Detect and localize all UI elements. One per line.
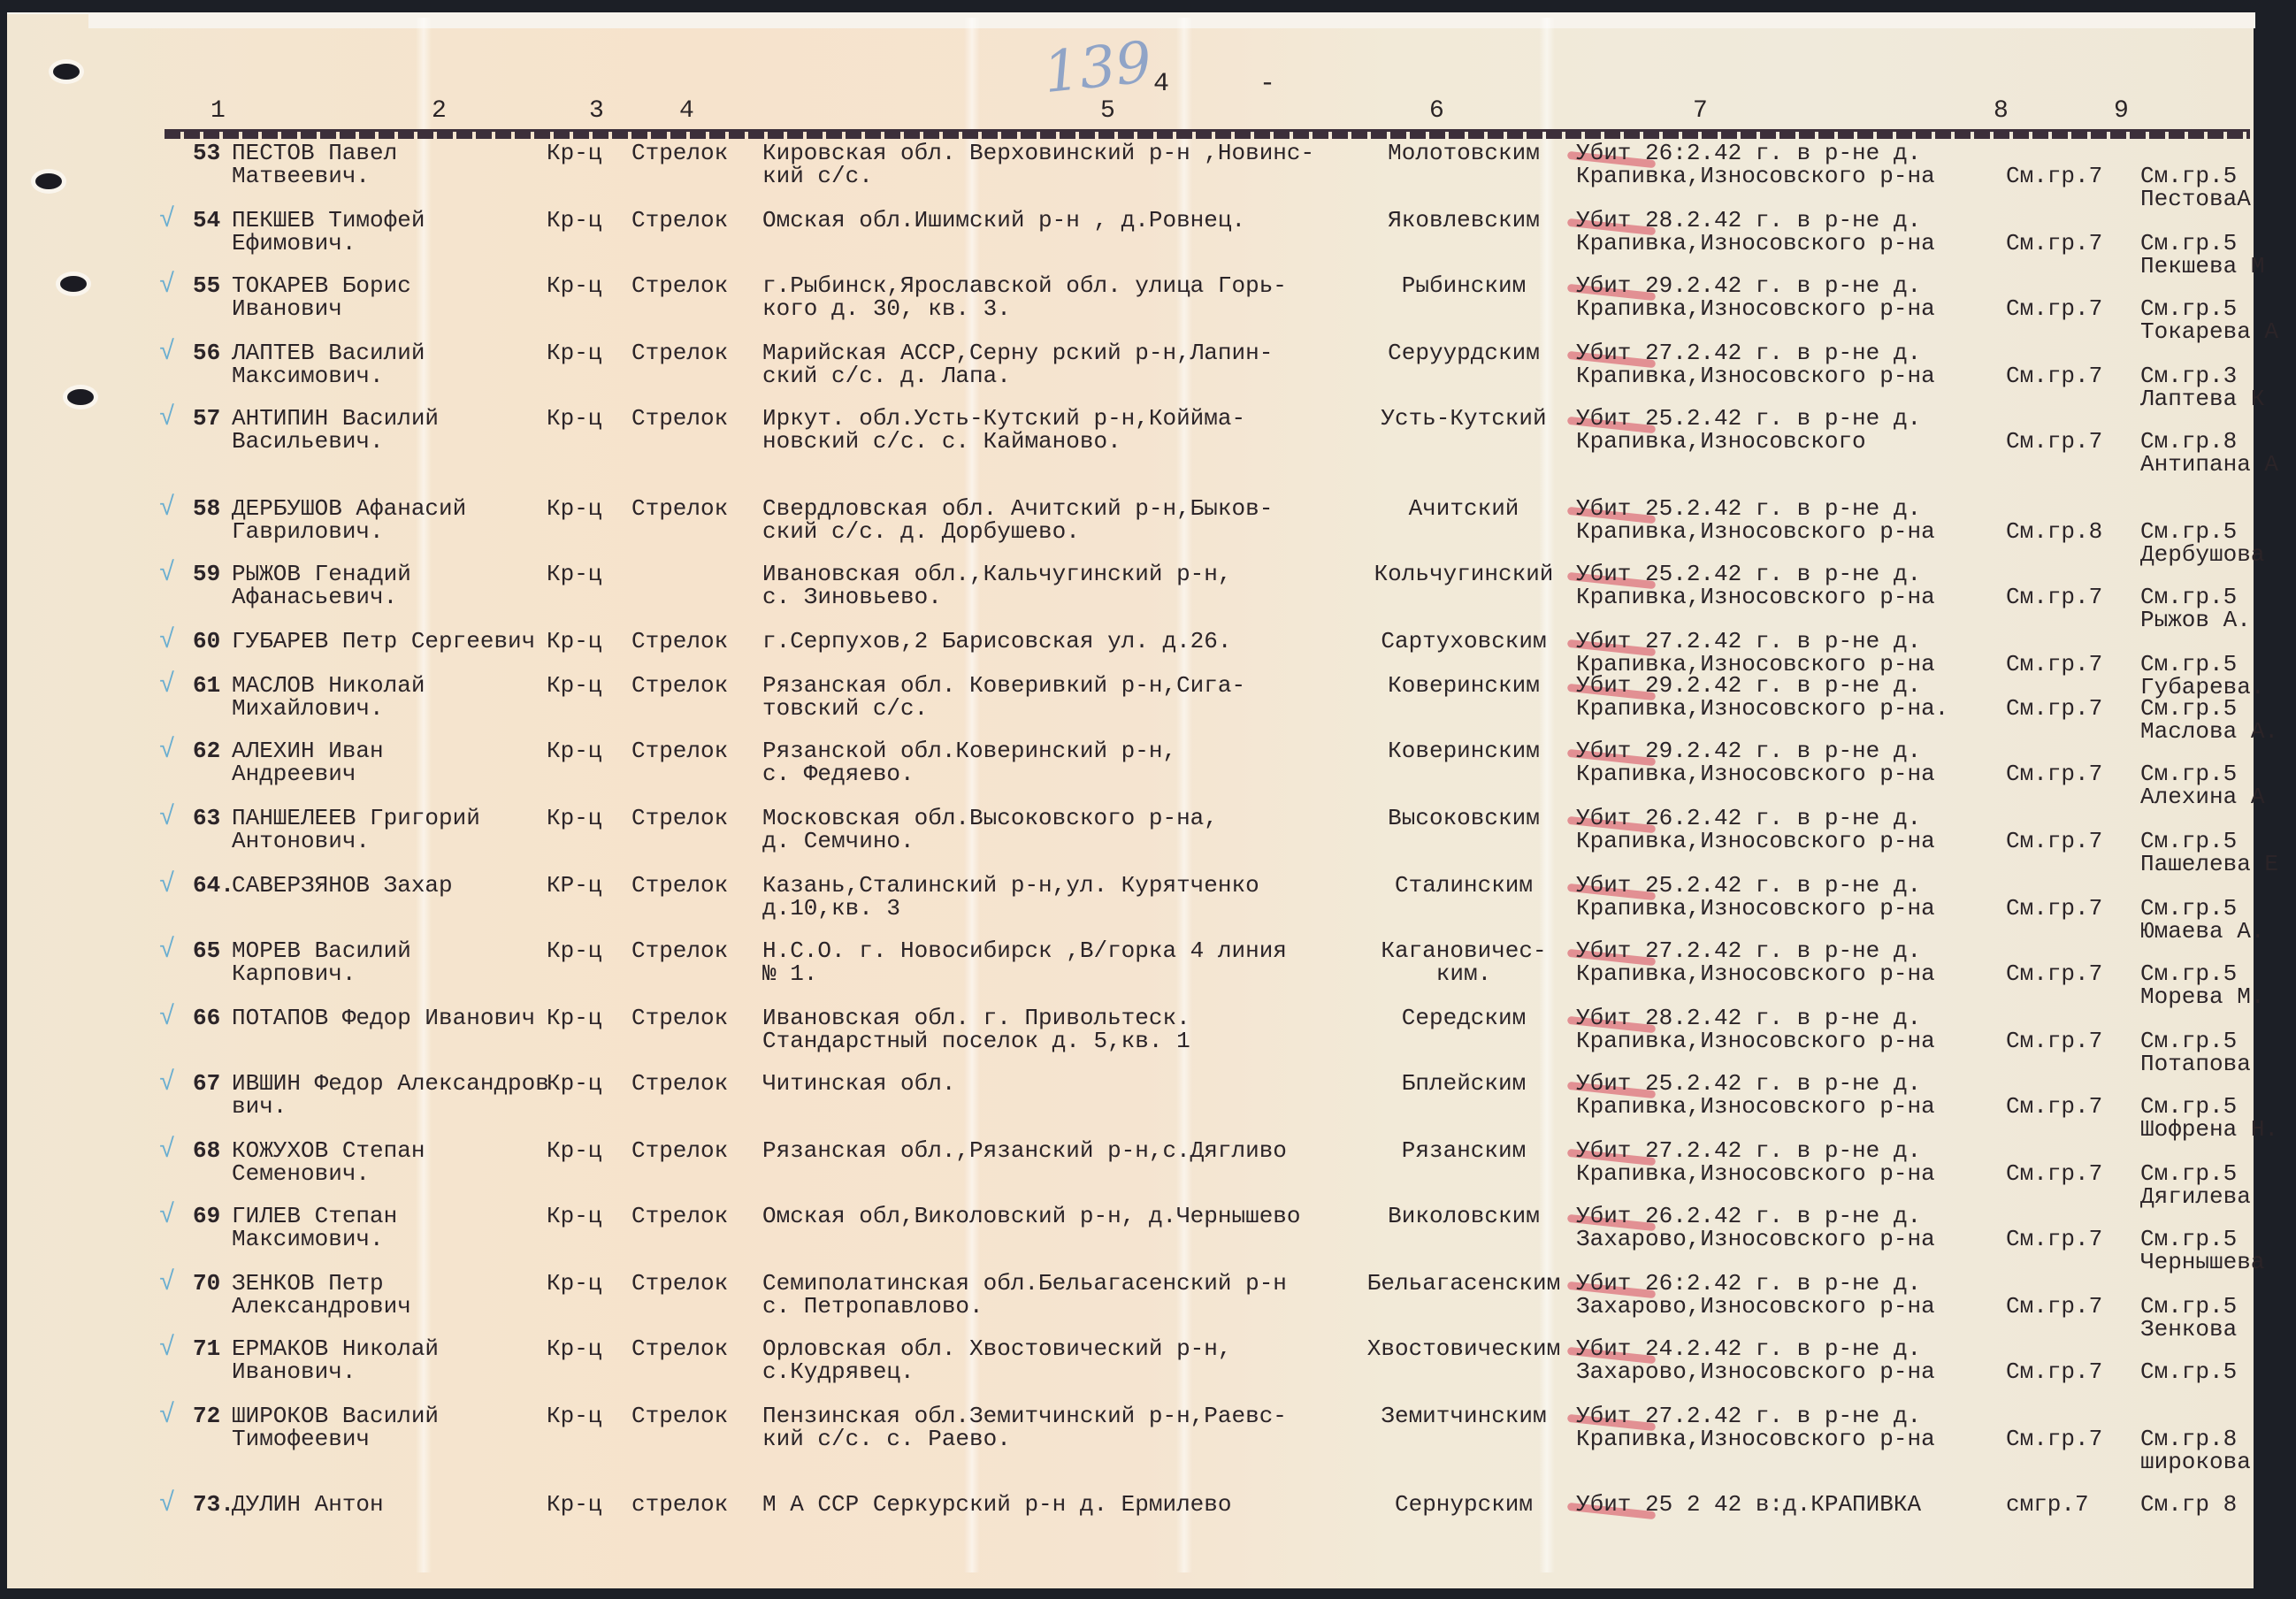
burial-reference-line: Токарева А <box>2140 320 2278 343</box>
fate-description-line: Убит 26.2.42 г. в р-не д. <box>1576 807 1935 830</box>
draft-office-line: Бплейским <box>1362 1072 1565 1095</box>
home-address-line: Ивановская обл. г. Привольтеск. <box>762 1006 1190 1029</box>
burial-reference: См.гр.5Алехина А <box>2140 762 2264 808</box>
soldier-name-line: КОЖУХОВ Степан <box>232 1139 425 1162</box>
soldier-name-line: Семенович. <box>232 1162 425 1185</box>
home-address-line: Марийская АССР,Серну рский р-н,Лапин- <box>762 341 1273 364</box>
soldier-name-line: ИВШИН Федор Александров <box>232 1072 549 1095</box>
draft-office-line: Усть-Кутский <box>1362 407 1565 430</box>
burial-place: См.гр.7 <box>2006 1427 2102 1450</box>
burial-reference-line: Пекшева М <box>2140 255 2264 278</box>
burial-place: См.гр.7 <box>2006 830 2102 853</box>
fate-description: Убит 25 2 42 в:д.КРАПИВКА <box>1576 1493 1921 1516</box>
draft-office: Серуурдским <box>1362 341 1565 364</box>
fate-description-line: Убит 25.2.42 г. в р-не д. <box>1576 497 1935 520</box>
position: Стрелок <box>631 1139 728 1162</box>
draft-office-line: Середским <box>1362 1006 1565 1029</box>
soldier-name-line: САВЕРЗЯНОВ Захар <box>232 874 453 897</box>
draft-office-line: Сернурским <box>1362 1493 1565 1516</box>
home-address: Рязанская обл. Коверивкий р-н,Сига-товск… <box>762 674 1245 720</box>
soldier-name: МАСЛОВ НиколайМихайлович. <box>232 674 425 720</box>
fate-description: Убит 26.2.42 г. в р-не д.Крапивка,Износо… <box>1576 807 1935 853</box>
soldier-name-line: Карпович. <box>232 962 411 985</box>
draft-office-line: Коверинским <box>1362 739 1565 762</box>
position: Стрелок <box>631 341 728 364</box>
check-mark-icon: √ <box>159 562 175 585</box>
burial-reference: См.гр.5Губарева. <box>2140 653 2264 699</box>
position: Стрелок <box>631 1072 728 1095</box>
soldier-name-line: АЛЕХИН Иван <box>232 739 384 762</box>
draft-office: Сернурским <box>1362 1493 1565 1516</box>
draft-office: Коверинским <box>1362 739 1565 762</box>
home-address: Свердловская обл. Ачитский р-н,Быков-ски… <box>762 497 1273 543</box>
position: Стрелок <box>631 1404 728 1427</box>
burial-reference-line: См.гр.5 <box>2140 585 2251 608</box>
soldier-name-line: ГИЛЕВ Степан <box>232 1205 397 1228</box>
rank: Кр-ц <box>547 939 601 962</box>
burial-place: См.гр.7 <box>2006 1029 2102 1052</box>
soldier-name-line: ПАНШЕЛЕЕВ Григорий <box>232 807 480 830</box>
rank: Кр-ц <box>547 1006 601 1029</box>
column-number: 7 <box>1693 97 1708 125</box>
burial-reference: См.гр.3Лаптева К <box>2140 364 2264 410</box>
position: Стрелок <box>631 209 728 232</box>
draft-office-line: Коверинским <box>1362 674 1565 697</box>
soldier-name-line: вич. <box>232 1095 549 1118</box>
draft-office-line: Серуурдским <box>1362 341 1565 364</box>
fate-description-line: Крапивка,Износовского р-на <box>1576 297 1935 320</box>
punch-hole <box>67 389 94 405</box>
soldier-name: ТОКАРЕВ БорисИванович <box>232 274 411 320</box>
position: Стрелок <box>631 497 728 520</box>
draft-office: Земитчинским <box>1362 1404 1565 1427</box>
record-number: 54 <box>193 209 220 232</box>
soldier-name-line: Антонович. <box>232 830 480 853</box>
rank: Кр-ц <box>547 497 601 520</box>
record-number: 73. <box>193 1493 234 1516</box>
home-address-line: товский с/с. <box>762 697 1245 720</box>
home-address: Ивановская обл.,Кальчугинский р-н,с. Зин… <box>762 562 1232 608</box>
record-number: 61 <box>193 674 220 697</box>
home-address-line: Пензинская обл.Земитчинский р-н,Раевс- <box>762 1404 1287 1427</box>
burial-reference-line: См.гр.5 <box>2140 232 2264 255</box>
sheet-top-edge <box>88 12 2255 28</box>
soldier-name-line: Тимофеевич <box>232 1427 439 1450</box>
handwritten-page-number: 139 <box>1040 30 1154 106</box>
draft-office-line: ким. <box>1362 962 1565 985</box>
position: Стрелок <box>631 407 728 430</box>
fate-description-line: Убит 25 2 42 в:д.КРАПИВКА <box>1576 1493 1921 1516</box>
draft-office-line: Виколовским <box>1362 1205 1565 1228</box>
rank: Кр-ц <box>547 1272 601 1295</box>
home-address: Московская обл.Высоковского р-на,д. Семч… <box>762 807 1218 853</box>
fate-description: Убит 25.2.42 г. в р-не д.Крапивка,Износо… <box>1576 874 1935 920</box>
soldier-name-line: ТОКАРЕВ Борис <box>232 274 411 297</box>
draft-office: Яковлевским <box>1362 209 1565 232</box>
burial-reference: См.гр.5Потапова <box>2140 1029 2251 1075</box>
fate-description-line: Крапивка,Износовского р-на <box>1576 1029 1935 1052</box>
burial-place: См.гр.7 <box>2006 297 2102 320</box>
rank: Кр-ц <box>547 807 601 830</box>
home-address-line: Стандарстный поселок д. 5,кв. 1 <box>762 1029 1190 1052</box>
record-number: 72 <box>193 1404 220 1427</box>
home-address-line: кого д. 30, кв. 3. <box>762 297 1287 320</box>
check-mark-icon: √ <box>159 497 175 520</box>
fate-description-line: Убит 29.2.42 г. в р-не д. <box>1576 739 1935 762</box>
home-address: Ивановская обл. г. Привольтеск.Стандарст… <box>762 1006 1190 1052</box>
draft-office: Середским <box>1362 1006 1565 1029</box>
home-address: Омская обл,Виколовский р-н, д.Чернышево <box>762 1205 1301 1228</box>
home-address: г.Серпухов,2 Барисовская ул. д.26. <box>762 630 1232 653</box>
burial-reference: См.гр.5Пекшева М <box>2140 232 2264 278</box>
burial-reference-line: См.гр.5 <box>2140 1228 2264 1251</box>
soldier-name-line: Александрович <box>232 1295 411 1318</box>
fate-description-line: Крапивка,Износовского р-на <box>1576 762 1935 785</box>
home-address-line: Н.С.О. г. Новосибирск ,В/горка 4 линия <box>762 939 1287 962</box>
burial-place: См.гр.7 <box>2006 585 2102 608</box>
draft-office: Ачитский <box>1362 497 1565 520</box>
burial-reference-line: См.гр.3 <box>2140 364 2264 387</box>
soldier-name: ПЕСТОВ ПавелМатвеевич. <box>232 142 397 187</box>
check-mark-icon: √ <box>159 739 175 762</box>
burial-reference: См.гр.5ПестоваА <box>2140 164 2251 210</box>
home-address-line: новский с/с. с. Кайманово. <box>762 430 1245 453</box>
punch-hole <box>35 173 62 189</box>
column-number: 1 <box>210 97 226 125</box>
fate-description-line: Крапивка,Износовского р-на <box>1576 1162 1935 1185</box>
home-address-line: с. Петропавлово. <box>762 1295 1287 1318</box>
soldier-name-line: МОРЕВ Василий <box>232 939 411 962</box>
burial-reference-line: Алехина А <box>2140 785 2264 808</box>
check-mark-icon: √ <box>159 1139 175 1162</box>
fate-description: Убит 25.2.42 г. в р-не д.Крапивка,Износо… <box>1576 1072 1935 1118</box>
position: Стрелок <box>631 807 728 830</box>
fate-description-line: Убит 25.2.42 г. в р-не д. <box>1576 874 1935 897</box>
burial-reference-line: Дербушова <box>2140 543 2264 566</box>
soldier-name: ДУЛИН Антон <box>232 1493 384 1516</box>
fate-description: Убит 28.2.42 г. в р-не д.Крапивка,Износо… <box>1576 1006 1935 1052</box>
check-mark-icon: √ <box>159 807 175 830</box>
record-number: 56 <box>193 341 220 364</box>
fate-description: Убит 27.2.42 г. в р-не д.Крапивка,Износо… <box>1576 341 1935 387</box>
draft-office: Бельагасенским <box>1362 1272 1565 1295</box>
draft-office: Кольчугинский <box>1362 562 1565 585</box>
soldier-name-line: Матвеевич. <box>232 164 397 187</box>
soldier-name: ЛАПТЕВ ВасилийМаксимович. <box>232 341 425 387</box>
burial-reference-line: См.гр.8 <box>2140 430 2278 453</box>
fate-description-line: Крапивка,Износовского р-на <box>1576 1427 1935 1450</box>
burial-reference-line: Антипана А <box>2140 453 2278 476</box>
burial-reference-line: Чернышева <box>2140 1251 2264 1274</box>
record-number: 62 <box>193 739 220 762</box>
soldier-name: КОЖУХОВ СтепанСеменович. <box>232 1139 425 1185</box>
column-number: 4 <box>679 97 694 125</box>
burial-place: См.гр.8 <box>2006 520 2102 543</box>
soldier-name-line: ПЕСТОВ Павел <box>232 142 397 164</box>
home-address-line: г.Рыбинск,Ярославской обл. улица Горь- <box>762 274 1287 297</box>
fate-description-line: Убит 27.2.42 г. в р-не д. <box>1576 630 1935 653</box>
burial-reference: См.гр.8Антипана А <box>2140 430 2278 476</box>
position: Стрелок <box>631 1337 728 1360</box>
burial-reference: См.гр.8широкова <box>2140 1427 2251 1473</box>
position: Стрелок <box>631 939 728 962</box>
header-mark: 4 <box>1153 69 1169 99</box>
record-number: 66 <box>193 1006 220 1029</box>
burial-reference: См.гр.5Пашелева Е <box>2140 830 2278 876</box>
check-mark-icon: √ <box>159 209 175 232</box>
soldier-name-line: ЕРМАКОВ Николай <box>232 1337 439 1360</box>
burial-place: См.гр.7 <box>2006 1228 2102 1251</box>
draft-office: Рязанским <box>1362 1139 1565 1162</box>
draft-office-line: Высоковским <box>1362 807 1565 830</box>
soldier-name: ЗЕНКОВ ПетрАлександрович <box>232 1272 411 1318</box>
home-address-line: Свердловская обл. Ачитский р-н,Быков- <box>762 497 1273 520</box>
home-address: Н.С.О. г. Новосибирск ,В/горка 4 линия№ … <box>762 939 1287 985</box>
burial-reference-line: См.гр.5 <box>2140 962 2264 985</box>
rank: Кр-ц <box>547 341 601 364</box>
burial-place: См.гр.7 <box>2006 1295 2102 1318</box>
burial-reference-line: Потапова <box>2140 1052 2251 1075</box>
draft-office: Бплейским <box>1362 1072 1565 1095</box>
home-address-line: Иркут. обл.Усть-Кутский р-н,Коййма- <box>762 407 1245 430</box>
position: Стрелок <box>631 674 728 697</box>
record-number: 58 <box>193 497 220 520</box>
record-number: 70 <box>193 1272 220 1295</box>
position: Стрелок <box>631 274 728 297</box>
rank: Кр-ц <box>547 1072 601 1095</box>
fate-description: Убит 27.2.42 г. в р-не д.Крапивка,Износо… <box>1576 939 1935 985</box>
fate-description: Убит 27.2.42 г. в р-не д.Крапивка,Износо… <box>1576 1139 1935 1185</box>
burial-reference-line: См.гр.5 <box>2140 897 2264 920</box>
home-address: Орловская обл. Хвостовический р-н,с.Кудр… <box>762 1337 1232 1383</box>
burial-place: См.гр.7 <box>2006 653 2102 676</box>
burial-reference-line: См.гр.5 <box>2140 1029 2251 1052</box>
burial-reference-line: См.гр.5 <box>2140 697 2278 720</box>
burial-reference: См.гр.5Дербушова <box>2140 520 2264 566</box>
burial-place: См.гр.7 <box>2006 232 2102 255</box>
burial-reference-line: Шофрена Н. <box>2140 1118 2278 1141</box>
fate-description: Убит 25.2.42 г. в р-не д.Крапивка,Износо… <box>1576 407 1921 453</box>
burial-place: См.гр.7 <box>2006 364 2102 387</box>
fate-description-line: Крапивка,Износовского р-на <box>1576 962 1935 985</box>
home-address-line: Кировская обл. Верховинский р-н ,Новинс- <box>762 142 1314 164</box>
check-mark-icon: √ <box>159 274 175 297</box>
soldier-name: АЛЕХИН ИванАндреевич <box>232 739 384 785</box>
burial-reference-line: Пашелева Е <box>2140 853 2278 876</box>
rank: Кр-ц <box>547 1404 601 1427</box>
check-mark-icon: √ <box>159 1072 175 1095</box>
fate-description-line: Крапивка,Износовского р-на <box>1576 897 1935 920</box>
burial-reference-line: См.гр.5 <box>2140 520 2264 543</box>
burial-reference-line: См.гр.5 <box>2140 1095 2278 1118</box>
soldier-name-line: ДЕРБУШОВ Афанасий <box>232 497 466 520</box>
burial-reference-line: См.гр.5 <box>2140 164 2251 187</box>
fate-description: Убит 29.2.42 г. в р-не д.Крапивка,Износо… <box>1576 739 1935 785</box>
rank: Кр-ц <box>547 274 601 297</box>
soldier-name: РЫЖОВ ГенадийАфанасьевич. <box>232 562 411 608</box>
soldier-name-line: Михайлович. <box>232 697 425 720</box>
burial-reference-line: Маслова А. <box>2140 720 2278 743</box>
fate-description-line: Крапивка,Износовского р-на <box>1576 830 1935 853</box>
home-address-line: с.Кудрявец. <box>762 1360 1232 1383</box>
fate-description-line: Убит 26:2.42 г. в р-не д. <box>1576 142 1935 164</box>
draft-office: Коверинским <box>1362 674 1565 697</box>
fate-description-line: Убит 25.2.42 г. в р-не д. <box>1576 1072 1935 1095</box>
record-number: 59 <box>193 562 220 585</box>
fate-description-line: Крапивка,Износовского р-на <box>1576 164 1935 187</box>
soldier-name-line: Афанасьевич. <box>232 585 411 608</box>
position: Стрелок <box>631 1272 728 1295</box>
column-number: 8 <box>1994 97 2009 125</box>
home-address-line: ский с/с. д. Лапа. <box>762 364 1273 387</box>
home-address-line: д.10,кв. 3 <box>762 897 1259 920</box>
draft-office: Молотовским <box>1362 142 1565 164</box>
rank: Кр-ц <box>547 1337 601 1360</box>
burial-reference: См.гр.5Шофрена Н. <box>2140 1095 2278 1141</box>
check-mark-icon: √ <box>159 1006 175 1029</box>
record-number: 60 <box>193 630 220 653</box>
soldier-name: МОРЕВ ВасилийКарпович. <box>232 939 411 985</box>
record-number: 67 <box>193 1072 220 1095</box>
home-address-line: с. Зиновьево. <box>762 585 1232 608</box>
fate-description-line: Крапивка,Износовского р-на <box>1576 232 1935 255</box>
burial-reference-line: См.гр.5 <box>2140 830 2278 853</box>
draft-office: Усть-Кутский <box>1362 407 1565 430</box>
burial-reference-line: См.гр 8 <box>2140 1493 2237 1516</box>
soldier-name: АНТИПИН ВасилийВасильевич. <box>232 407 439 453</box>
home-address: Иркут. обл.Усть-Кутский р-н,Коййма-новск… <box>762 407 1245 453</box>
burial-reference: См.гр.5Чернышева <box>2140 1228 2264 1274</box>
draft-office-line: Хвостовическим <box>1362 1337 1565 1360</box>
burial-reference: См.гр.5Юмаева А. <box>2140 897 2264 943</box>
burial-place: См.гр.7 <box>2006 1095 2102 1118</box>
rank: Кр-ц <box>547 407 601 430</box>
fate-description-line: Убит 29.2.42 г. в р-не д. <box>1576 274 1935 297</box>
rank: Кр-ц <box>547 1493 601 1516</box>
fate-description: Убит 28.2.42 г. в р-не д.Крапивка,Износо… <box>1576 209 1935 255</box>
burial-reference-line: Юмаева А. <box>2140 920 2264 943</box>
soldier-name-line: ПЕКШЕВ Тимофей <box>232 209 425 232</box>
fate-description: Убит 27.2.42 г. в р-не д.Крапивка,Износо… <box>1576 630 1935 676</box>
burial-reference: См.гр.5Морева М. <box>2140 962 2264 1008</box>
check-mark-icon: √ <box>159 407 175 430</box>
fate-description-line: Захарово,Износовского р-на <box>1576 1228 1935 1251</box>
record-number: 71 <box>193 1337 220 1360</box>
soldier-name-line: ДУЛИН Антон <box>232 1493 384 1516</box>
draft-office: Высоковским <box>1362 807 1565 830</box>
burial-reference-line: См.гр.5 <box>2140 1162 2251 1185</box>
position: Стрелок <box>631 1205 728 1228</box>
soldier-name: ИВШИН Федор Александроввич. <box>232 1072 549 1118</box>
fate-description-line: Крапивка,Износовского р-на <box>1576 364 1935 387</box>
home-address: Омская обл.Ишимский р-н , д.Ровнец. <box>762 209 1245 232</box>
header-rule <box>165 129 2250 139</box>
soldier-name: ШИРОКОВ ВасилийТимофеевич <box>232 1404 439 1450</box>
record-number: 69 <box>193 1205 220 1228</box>
draft-office-line: Кольчугинский <box>1362 562 1565 585</box>
soldier-name-line: Иванович. <box>232 1360 439 1383</box>
home-address-line: г.Серпухов,2 Барисовская ул. д.26. <box>762 630 1232 653</box>
home-address-line: кий с/с. <box>762 164 1314 187</box>
fate-description-line: Убит 29.2.42 г. в р-не д. <box>1576 674 1948 697</box>
draft-office: Сталинским <box>1362 874 1565 897</box>
soldier-name-line: Максимович. <box>232 1228 397 1251</box>
rank: Кр-ц <box>547 1139 601 1162</box>
home-address: г.Рыбинск,Ярославской обл. улица Горь-ко… <box>762 274 1287 320</box>
fate-description-line: Крапивка,Износовского р-на <box>1576 1095 1935 1118</box>
burial-reference: См.гр 8 <box>2140 1493 2237 1516</box>
soldier-name: ПЕКШЕВ ТимофейЕфимович. <box>232 209 425 255</box>
draft-office-line: Яковлевским <box>1362 209 1565 232</box>
soldier-name: ДЕРБУШОВ АфанасийГаврилович. <box>232 497 466 543</box>
home-address: Пензинская обл.Земитчинский р-н,Раевс-ки… <box>762 1404 1287 1450</box>
fate-description: Убит 25.2.42 г. в р-не д.Крапивка,Износо… <box>1576 562 1935 608</box>
home-address-line: с. Федяево. <box>762 762 1176 785</box>
fate-description-line: Убит 27.2.42 г. в р-не д. <box>1576 939 1935 962</box>
fate-description-line: Убит 26:2.42 г. в р-не д. <box>1576 1272 1935 1295</box>
home-address: Казань,Сталинский р-н,ул. Курятченкод.10… <box>762 874 1259 920</box>
burial-reference-line: широкова <box>2140 1450 2251 1473</box>
record-number: 55 <box>193 274 220 297</box>
burial-place: См.гр.7 <box>2006 430 2102 453</box>
soldier-name: ПАНШЕЛЕЕВ ГригорийАнтонович. <box>232 807 480 853</box>
burial-reference-line: См.гр.5 <box>2140 1360 2237 1383</box>
draft-office-line: Сартуховским <box>1362 630 1565 653</box>
column-number: 6 <box>1429 97 1444 125</box>
check-mark-icon: √ <box>159 674 175 697</box>
soldier-name: САВЕРЗЯНОВ Захар <box>232 874 453 897</box>
home-address-line: Казань,Сталинский р-н,ул. Курятченко <box>762 874 1259 897</box>
burial-reference-line: Рыжов А. <box>2140 608 2251 631</box>
draft-office-line: Бельагасенским <box>1362 1272 1565 1295</box>
soldier-name-line: ЛАПТЕВ Василий <box>232 341 425 364</box>
soldier-name: ГИЛЕВ СтепанМаксимович. <box>232 1205 397 1251</box>
burial-place: См.гр.7 <box>2006 762 2102 785</box>
soldier-name-line: Иванович <box>232 297 411 320</box>
fate-description-line: Убит 26.2.42 г. в р-не д. <box>1576 1205 1935 1228</box>
soldier-name: ГУБАРЕВ Петр Сергеевич <box>232 630 535 653</box>
burial-place: См.гр.7 <box>2006 164 2102 187</box>
home-address-line: Московская обл.Высоковского р-на, <box>762 807 1218 830</box>
fate-description-line: Убит 25.2.42 г. в р-не д. <box>1576 407 1921 430</box>
burial-place: См.гр.7 <box>2006 897 2102 920</box>
fate-description: Убит 24.2.42 г. в р-не д.Захарово,Износо… <box>1576 1337 1935 1383</box>
burial-place: См.гр.7 <box>2006 962 2102 985</box>
check-mark-icon: √ <box>159 1337 175 1360</box>
fate-description-line: Захарово,Износовского р-на <box>1576 1295 1935 1318</box>
home-address-line: Рязанская обл.,Рязанский р-н,с.Дягливо <box>762 1139 1287 1162</box>
soldier-name-line: Васильевич. <box>232 430 439 453</box>
rank: Кр-ц <box>547 142 601 164</box>
burial-reference: См.гр.5Зенкова <box>2140 1295 2237 1341</box>
soldier-name: ПОТАПОВ Федор Иванович <box>232 1006 535 1029</box>
home-address: Читинская обл. <box>762 1072 955 1095</box>
home-address: Рязанская обл.,Рязанский р-н,с.Дягливо <box>762 1139 1287 1162</box>
record-number: 68 <box>193 1139 220 1162</box>
home-address-line: д. Семчино. <box>762 830 1218 853</box>
burial-reference: См.гр.5 <box>2140 1360 2237 1383</box>
home-address-line: Читинская обл. <box>762 1072 955 1095</box>
check-mark-icon: √ <box>159 1205 175 1228</box>
draft-office-line: Молотовским <box>1362 142 1565 164</box>
home-address-line: Орловская обл. Хвостовический р-н, <box>762 1337 1232 1360</box>
soldier-name-line: РЫЖОВ Генадий <box>232 562 411 585</box>
burial-place: См.гр.7 <box>2006 1360 2102 1383</box>
fate-description-line: Крапивка,Износовского р-на. <box>1576 697 1948 720</box>
column-number: 2 <box>432 97 447 125</box>
home-address-line: Семиполатинская обл.Бельагасенский р-н <box>762 1272 1287 1295</box>
column-number: 5 <box>1100 97 1115 125</box>
